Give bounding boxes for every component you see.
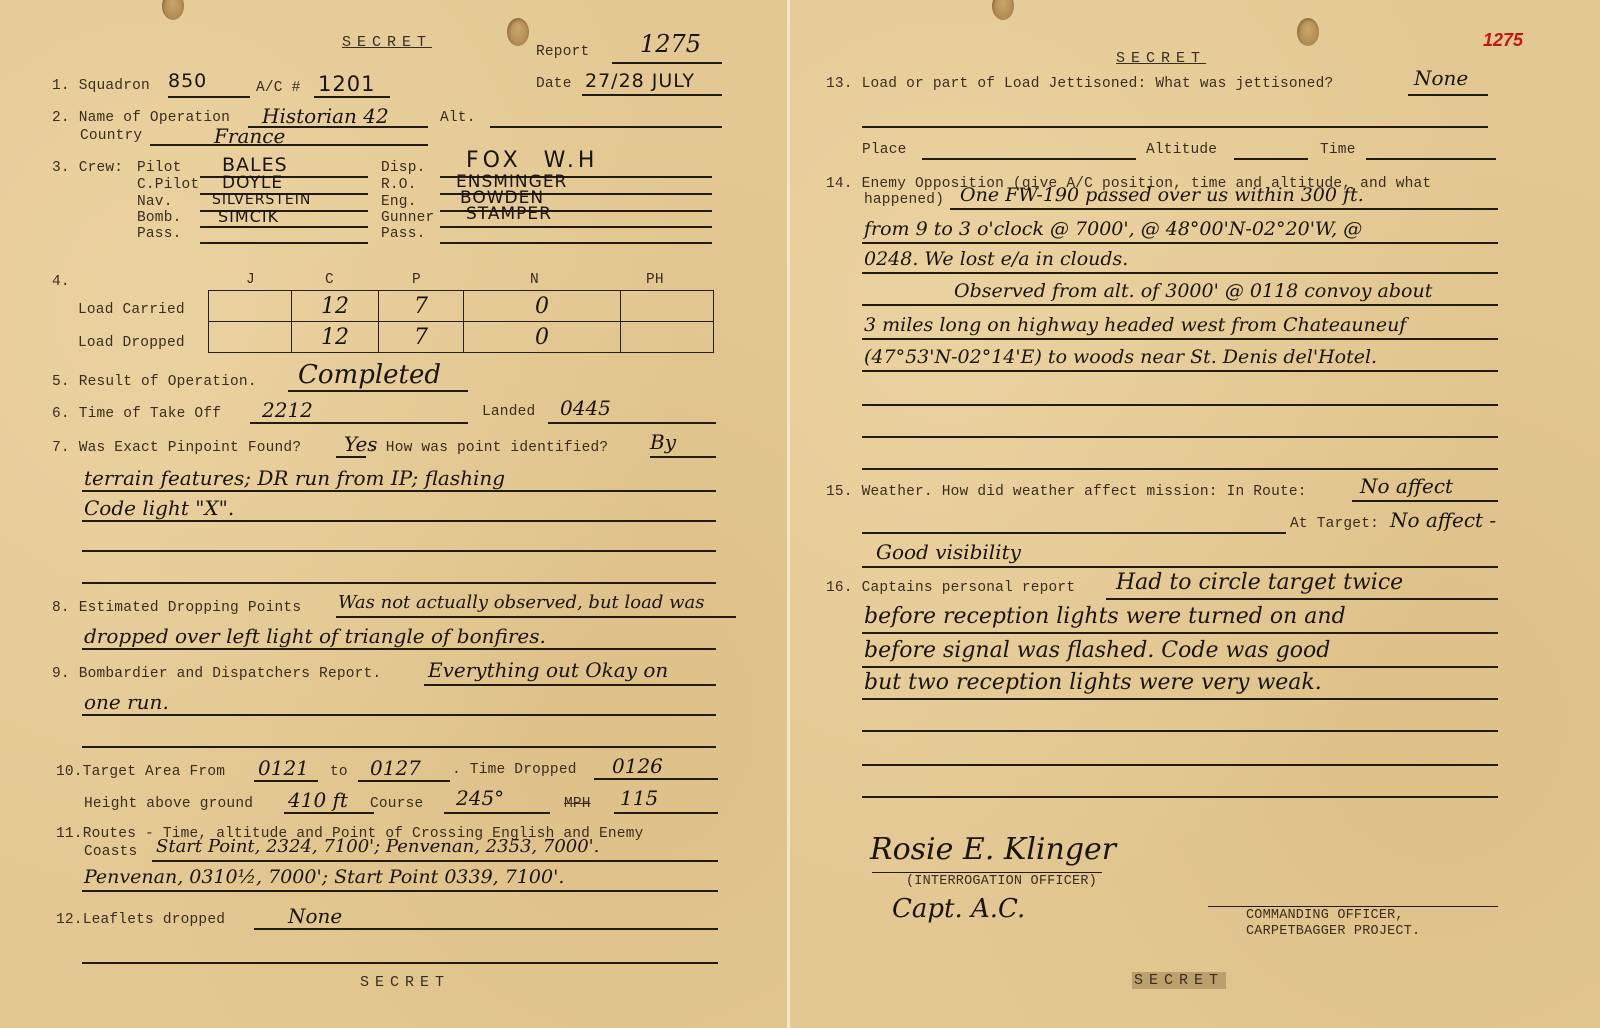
target-area-label: 10.Target Area From [56, 764, 225, 780]
crew-role: Gunner [381, 210, 434, 226]
country-label: Country [80, 128, 142, 144]
dropping-points-1: Was not actually observed, but load was [338, 592, 704, 613]
weather-in-route: No affect [1360, 474, 1453, 498]
report-page-right: 1275 SECRET 13. Load or part of Load Jet… [790, 0, 1600, 1028]
crew-name: SIMCIK [218, 207, 279, 226]
crew-line [440, 226, 712, 228]
time-dropped: 0126 [612, 754, 663, 778]
weather-line [1352, 500, 1498, 502]
routes-line [152, 860, 718, 862]
alt-label: Alt. [440, 110, 476, 126]
weather-at-target: No affect - [1390, 508, 1496, 532]
signature-line [1208, 906, 1498, 907]
ac-label: A/C # [256, 80, 301, 96]
enemy-report-4: Observed from alt. of 3000' @ 0118 convo… [954, 280, 1432, 302]
how-line [82, 490, 716, 492]
load-table: 12 7 0 12 7 0 [208, 290, 714, 353]
routes-2: Penvenan, 0310½, 7000'; Start Point 0339… [84, 866, 564, 888]
takeoff-line [250, 422, 468, 424]
country-line [150, 144, 428, 146]
blank-line [862, 468, 1498, 470]
at-target-label: At Target: [1290, 516, 1379, 532]
row-label-carried: Load Carried [78, 302, 185, 318]
interrogation-officer-signature: Rosie E. Klinger [870, 832, 1116, 867]
date-line [582, 94, 722, 96]
enemy-line [862, 272, 1498, 274]
crew-role: Pass. [137, 226, 182, 242]
takeoff-label: 6. Time of Take Off [52, 406, 221, 422]
leaflets-line [254, 928, 718, 930]
crew-role: C.Pilot [137, 177, 199, 193]
altitude-line [1234, 158, 1308, 160]
height-label: Height above ground [84, 796, 253, 812]
result-value: Completed [298, 360, 441, 390]
to-label: to [330, 764, 348, 780]
time-dropped-label: . Time Dropped [452, 762, 577, 778]
classification-footer: SECRET [1132, 972, 1226, 989]
col-header-c: C [325, 272, 334, 288]
how-identified-3: Code light "X". [84, 496, 234, 520]
crew-name: FOX W.H [466, 148, 598, 173]
weather-line [862, 566, 1498, 568]
result-label: 5. Result of Operation. [52, 374, 257, 390]
crew-name: STAMPER [466, 204, 552, 224]
table-row: 12 7 0 [209, 291, 714, 322]
blank-line [82, 746, 716, 748]
date-label: Date [536, 76, 572, 92]
landed-value: 0445 [560, 396, 611, 420]
punch-hole [992, 0, 1014, 20]
jettisoned-line [862, 126, 1488, 128]
takeoff-value: 2212 [262, 398, 313, 422]
dropping-points-label: 8. Estimated Dropping Points [52, 600, 301, 616]
report-number: 1275 [640, 30, 701, 58]
interrogation-officer-title: (INTERROGATION OFFICER) [906, 874, 1097, 889]
alt-line [490, 126, 722, 128]
captains-report-label: 16. Captains personal report [826, 580, 1075, 596]
landed-label: Landed [482, 404, 535, 420]
captain-line [862, 632, 1498, 634]
crew-label: 3. Crew: [52, 160, 123, 176]
enemy-report-5: 3 miles long on highway headed west from… [864, 314, 1406, 336]
crew-name: DOYLE [222, 173, 283, 193]
squadron-line [168, 96, 250, 98]
from-line [254, 780, 318, 782]
blank-line [82, 582, 716, 584]
result-line [288, 390, 468, 392]
place-line [922, 158, 1136, 160]
operation-label: 2. Name of Operation [52, 110, 230, 126]
commanding-officer-title: COMMANDING OFFICER, [1246, 908, 1404, 923]
course-line [444, 812, 550, 814]
squadron-label: 1. Squadron [52, 78, 150, 94]
weather-label: 15. Weather. How did weather affect miss… [826, 484, 1307, 500]
jettisoned-line [1408, 94, 1488, 96]
blank-line [82, 962, 718, 964]
bombardier-report-1: Everything out Okay on [428, 658, 668, 682]
pinpoint-line [336, 456, 366, 458]
row-label-dropped: Load Dropped [78, 335, 185, 351]
date-value: 27/28 JULY [585, 70, 695, 92]
crew-role: Pilot [137, 160, 182, 176]
height-line [284, 812, 374, 814]
mph-value: 115 [620, 786, 658, 810]
how-identified-2: terrain features; DR run from IP; flashi… [84, 466, 505, 490]
classification-header: SECRET [342, 34, 432, 51]
ac-number: 1201 [318, 72, 375, 96]
captains-report-4: but two reception lights were very weak. [864, 670, 1322, 695]
blank-line [862, 764, 1498, 766]
enemy-line [862, 370, 1498, 372]
crew-line [200, 242, 368, 244]
routes-line [82, 890, 718, 892]
height-value: 410 ft [288, 788, 348, 812]
dropping-line [82, 648, 716, 650]
classification-footer: SECRET [360, 974, 450, 991]
pinpoint-label: 7. Was Exact Pinpoint Found? [52, 440, 301, 456]
report-number-line [612, 62, 722, 64]
blank-line [862, 730, 1498, 732]
signature-line [872, 872, 1102, 873]
enemy-line [862, 242, 1498, 244]
country-value: France [214, 124, 285, 148]
crew-role: R.O. [381, 177, 417, 193]
how-line [82, 520, 716, 522]
time-line [1366, 158, 1496, 160]
crew-name: SILVERSTEIN [212, 192, 311, 208]
mph-line [614, 812, 718, 814]
captain-line [1106, 598, 1498, 600]
captains-report-2: before reception lights were turned on a… [864, 604, 1346, 629]
archive-stamp-number: 1275 [1483, 30, 1523, 51]
leaflets-label: 12.Leaflets dropped [56, 912, 225, 928]
squadron-value: 850 [168, 70, 207, 92]
target-to: 0127 [370, 756, 421, 780]
enemy-opposition-label-2: happened) [864, 192, 944, 208]
crew-role: Nav. [137, 194, 173, 210]
jettisoned-label: 13. Load or part of Load Jettisoned: Wha… [826, 76, 1333, 92]
load-label: 4. [52, 274, 70, 290]
enemy-line [862, 338, 1498, 340]
bombardier-report-2: one run. [84, 690, 169, 714]
enemy-line [862, 304, 1498, 306]
blank-line [862, 404, 1498, 406]
crew-role: Disp. [381, 160, 426, 176]
bombardier-line [82, 714, 716, 716]
landed-line [548, 422, 716, 424]
col-header-n: N [530, 272, 539, 288]
blank-line [862, 436, 1498, 438]
how-identified-label: . How was point identified? [368, 440, 608, 456]
target-from: 0121 [258, 756, 309, 780]
place-label: Place [862, 142, 907, 158]
punch-hole [162, 0, 184, 20]
to-line [358, 780, 450, 782]
classification-header: SECRET [1116, 50, 1206, 67]
report-label: Report [536, 44, 589, 60]
captains-report-3: before signal was flashed. Code was good [864, 638, 1330, 663]
enemy-report-2: from 9 to 3 o'clock @ 7000', @ 48°00'N-0… [864, 218, 1362, 240]
routes-1: Start Point, 2324, 7100'; Penvenan, 2353… [156, 836, 599, 857]
bombardier-line [424, 684, 716, 686]
dropping-points-2: dropped over left light of triangle of b… [84, 624, 546, 648]
punch-hole [1297, 18, 1319, 46]
enemy-line [950, 208, 1498, 210]
ac-line [314, 96, 390, 98]
crew-line [440, 242, 712, 244]
interrogation-officer-rank: Capt. A.C. [892, 894, 1025, 924]
how-identified-1: By [650, 430, 676, 454]
course-label: Course [370, 796, 423, 812]
crew-line [200, 226, 368, 228]
dropped-line [594, 778, 718, 780]
leaflets-value: None [288, 904, 342, 928]
col-header-j: J [246, 272, 255, 288]
report-page-left: SECRET Report 1275 Date 27/28 JULY 1. Sq… [0, 0, 787, 1028]
enemy-report-1: One FW-190 passed over us within 300 ft. [960, 184, 1364, 206]
bombardier-label: 9. Bombardier and Dispatchers Report. [52, 666, 381, 682]
table-row: 12 7 0 [209, 322, 714, 353]
altitude-label: Altitude [1146, 142, 1217, 158]
dropping-line [336, 616, 736, 618]
captains-report-1: Had to circle target twice [1116, 570, 1403, 595]
crew-role: Pass. [381, 226, 426, 242]
weather-line [862, 532, 1286, 534]
enemy-report-3: 0248. We lost e/a in clouds. [864, 248, 1128, 270]
col-header-ph: PH [646, 272, 664, 288]
routes-label-coasts: Coasts [84, 844, 137, 860]
crew-role: Bomb. [137, 210, 182, 226]
blank-line [82, 550, 716, 552]
how-line [650, 456, 716, 458]
captain-line [862, 698, 1498, 700]
blank-line [862, 796, 1498, 798]
jettisoned-value: None [1414, 66, 1468, 90]
crew-role: Eng. [381, 194, 417, 210]
weather-line-2: Good visibility [876, 540, 1021, 564]
col-header-p: P [412, 272, 421, 288]
commanding-officer-project: CARPETBAGGER PROJECT. [1246, 924, 1420, 939]
time-label: Time [1320, 142, 1356, 158]
punch-hole [507, 18, 529, 46]
course-value: 245° [456, 786, 504, 810]
mph-label: MPH [564, 796, 591, 812]
captain-line [862, 666, 1498, 668]
enemy-report-6: (47°53'N-02°14'E) to woods near St. Deni… [864, 346, 1377, 368]
